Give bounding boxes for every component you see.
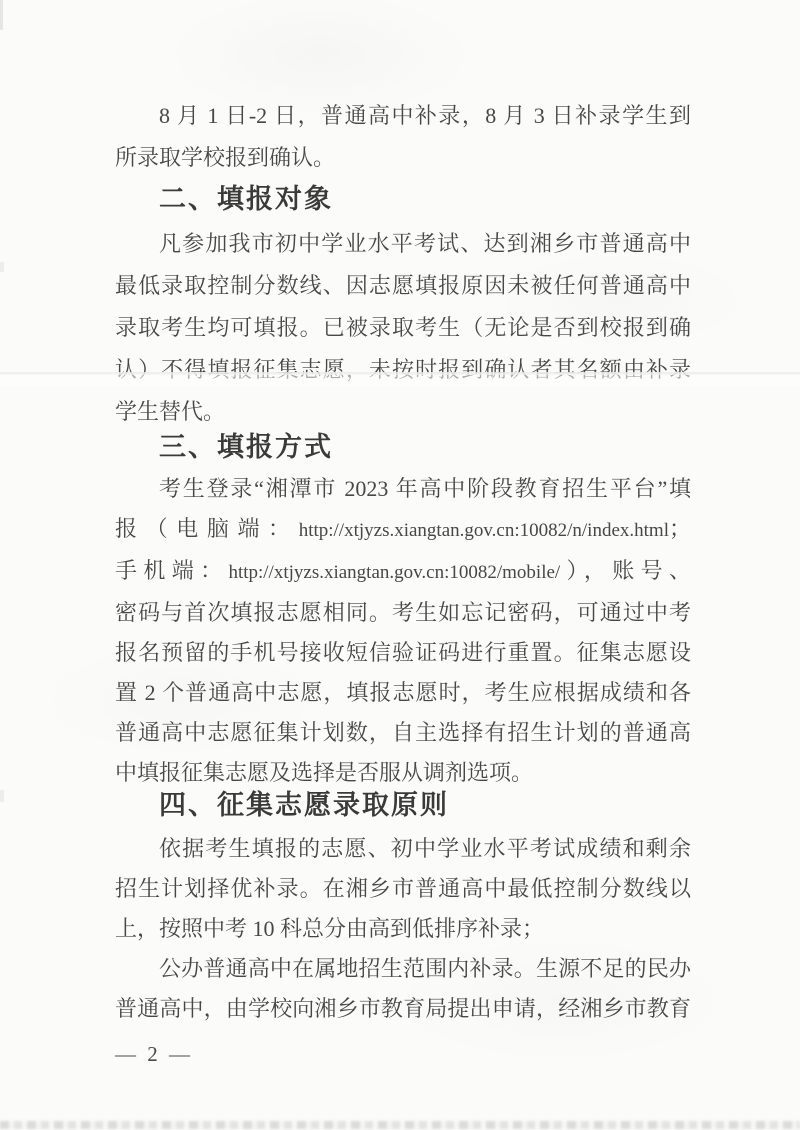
paragraph: 凡参加我市初中学业水平考试、达到湘乡市普通高中最低录取控制分数线、因志愿填报原因…	[115, 223, 691, 433]
text-line: 录取考生均可填报。已被录取考生（无论是否到校报到确	[115, 307, 691, 349]
text-line: 报名预留的手机号接收短信验证码进行重置。征集志愿设	[115, 633, 691, 673]
text-line: 所录取学校报到确认。	[115, 137, 691, 179]
text-line: 依据考生填报的志愿、初中学业水平考试成绩和剩余	[115, 829, 691, 869]
text-line: 最低录取控制分数线、因志愿填报原因未被任何普通高中	[115, 265, 691, 307]
scan-artifact-line-halo	[0, 375, 800, 387]
text-line: 密码与首次填报志愿相同。考生如忘记密码，可通过中考	[115, 593, 691, 633]
paragraph: 考生登录“湘潭市 2023 年高中阶段教育招生平台”填报（电脑端：http://…	[115, 469, 691, 793]
scan-artifact-edge-mark	[0, 262, 4, 272]
page-number: — 2 —	[115, 1042, 193, 1067]
text-line: 普通高中，由学校向湘乡市教育局提出申请，经湘乡市教育	[115, 989, 691, 1029]
text-line: 普通高中志愿征集计划数，自主选择有招生计划的普通高	[115, 713, 691, 753]
document-body: 8 月 1 日-2 日，普通高中补录，8 月 3 日补录学生到所录取学校报到确认…	[0, 0, 800, 1130]
text-line: 招生计划择优补录。在湘乡市普通高中最低控制分数线以	[115, 869, 691, 909]
text-line: 上，按照中考 10 科总分由高到低排序补录；	[115, 909, 691, 949]
paragraph: 8 月 1 日-2 日，普通高中补录，8 月 3 日补录学生到所录取学校报到确认…	[115, 95, 691, 179]
text-segment: ），账号、	[560, 558, 691, 583]
paragraph: 公办普通高中在属地招生范围内补录。生源不足的民办普通高中，由学校向湘乡市教育局提…	[115, 949, 691, 1029]
text-line: 考生登录“湘潭市 2023 年高中阶段教育招生平台”填	[115, 469, 691, 509]
paragraph: 依据考生填报的志愿、初中学业水平考试成绩和剩余招生计划择优补录。在湘乡市普通高中…	[115, 829, 691, 949]
text-line: 公办普通高中在属地招生范围内补录。生源不足的民办	[115, 949, 691, 989]
section-heading: 三、填报方式	[115, 431, 735, 465]
text-segment: 报（电脑端：	[115, 516, 299, 541]
text-line: 中填报征集志愿及选择是否服从调剂选项。	[115, 753, 691, 793]
text-line: 置 2 个普通高中志愿，填报志愿时，考生应根据成绩和各	[115, 673, 691, 713]
text-segment: ；	[669, 516, 691, 541]
text-line: 手机端：http://xtjyzs.xiangtan.gov.cn:10082/…	[115, 551, 691, 593]
scan-artifact-edge-mark	[0, 790, 4, 802]
url-text: http://xtjyzs.xiangtan.gov.cn:10082/mobi…	[228, 562, 560, 583]
scanned-document-page: { "page": { "number_label": "— 2 —", "co…	[0, 0, 800, 1130]
scan-artifact-edge-mark	[0, 0, 3, 30]
text-line: 学生替代。	[115, 391, 691, 433]
text-segment: 手机端：	[115, 558, 228, 583]
url-text: http://xtjyzs.xiangtan.gov.cn:10082/n/in…	[299, 520, 669, 541]
text-line: 报（电脑端：http://xtjyzs.xiangtan.gov.cn:1008…	[115, 509, 691, 551]
scan-artifact-bottom-strip	[0, 1121, 800, 1129]
text-line: 凡参加我市初中学业水平考试、达到湘乡市普通高中	[115, 223, 691, 265]
text-line: 8 月 1 日-2 日，普通高中补录，8 月 3 日补录学生到	[115, 95, 691, 137]
section-heading: 四、征集志愿录取原则	[115, 789, 735, 823]
section-heading: 二、填报对象	[115, 183, 735, 217]
